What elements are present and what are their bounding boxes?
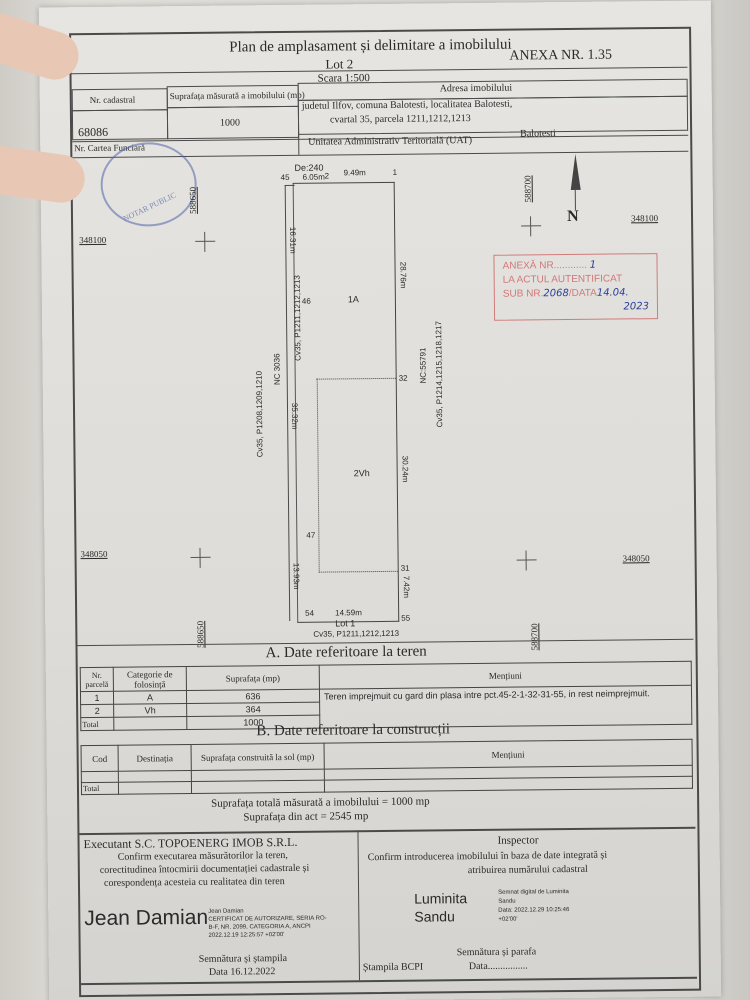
length-right-lower: 7.42m <box>402 576 411 598</box>
uat-value: Balotesti <box>520 128 556 139</box>
south-lot-label: Lot 1 <box>335 618 355 628</box>
south-neighbor: Cv35, P1211,1212,1213 <box>313 629 399 639</box>
west-neighbor-nc: NC 3036 <box>272 353 281 385</box>
anexa-label: ANEXA NR. 1.35 <box>509 48 612 65</box>
zone-1a-label: 1A <box>348 294 359 304</box>
executant-signature: Jean Damian <box>84 906 208 931</box>
coord-x-top-right: 588700 <box>523 175 533 202</box>
west-neighbor: Cv35, P1208,1209,1210 <box>255 371 265 457</box>
inspector-date: Data................ <box>469 960 528 972</box>
grid-cross <box>517 550 537 570</box>
authentication-stamp: ANEXĂ NR............ 1 LA ACTUL AUTENTIF… <box>493 253 658 321</box>
grid-cross <box>195 232 215 252</box>
point-45: 45 <box>281 173 290 182</box>
coord-y-upper-right: 348100 <box>631 213 658 223</box>
east-neighbor: Cv35, P1214,1215,1218,1217 <box>434 321 444 427</box>
de-label: De:240 <box>294 163 323 173</box>
point-46: 46 <box>302 297 311 306</box>
address-line1: judetul Ilfov, comuna Balotesti, localit… <box>302 99 513 112</box>
address-label: Adresa imobilului <box>440 83 513 95</box>
executant-line2: corectitudinea întocmirii documentației … <box>100 863 309 876</box>
executant-line3: corespondența acesteia cu realitatea din… <box>104 876 285 889</box>
inspector-title: Inspector <box>497 834 538 846</box>
executant-date: Data 16.12.2022 <box>209 966 276 978</box>
cadastral-label: Nr. cadastral <box>90 95 136 105</box>
coord-y-lower-left: 348050 <box>80 549 107 559</box>
total-measured-surface: Suprafața totală măsurată a imobilului =… <box>211 795 430 809</box>
executant-line1: Confirm executarea măsurătorilor la tere… <box>118 850 288 863</box>
length-top-right: 9.49m <box>344 168 366 177</box>
inspector-line2: atribuirea numărului cadastral <box>468 864 588 876</box>
cadastral-value: 68086 <box>78 125 108 140</box>
length-left-mid: 35.32m <box>290 403 299 430</box>
grid-cross <box>190 548 210 568</box>
grid-cross <box>521 216 541 236</box>
point-1: 1 <box>393 168 398 177</box>
length-top-left: 6.05m <box>303 173 325 182</box>
coord-y-upper-left: 348100 <box>79 235 106 245</box>
executant-digital-cert: Jean Damian CERTIFICAT DE AUTORIZARE, SE… <box>208 907 327 940</box>
length-right-mid: 30.24m <box>401 456 410 483</box>
length-left-lower: 13.93m <box>292 563 301 590</box>
section-a-title: A. Date referitoare la teren <box>265 644 426 663</box>
surface-label: Suprafața măsurată a imobilului (mp) <box>170 90 305 101</box>
point-54: 54 <box>305 609 314 618</box>
land-data-table: Nr. parcelă Categorie de folosință Supra… <box>80 661 693 731</box>
north-label: N <box>567 208 579 226</box>
surface-value: 1000 <box>220 117 240 128</box>
executant-sign-label: Semnătura și ștampila <box>199 953 287 965</box>
east-neighbor-nc: NC:55791 <box>418 347 427 383</box>
construction-data-table: Cod Destinația Suprafața construită la s… <box>81 739 693 795</box>
uat-label: Unitatea Administrativ Teritorială (UAT) <box>308 135 472 148</box>
coord-y-lower-right: 348050 <box>623 553 650 563</box>
length-left-upper: 16.31m <box>288 227 297 254</box>
length-bottom: 14.59m <box>335 608 362 617</box>
point-32: 32 <box>399 374 408 383</box>
point-55: 55 <box>401 614 410 623</box>
coord-x-bottom-right: 588700 <box>529 623 539 650</box>
inspector-sign-label: Semnătura și parafa <box>457 946 537 958</box>
point-31: 31 <box>401 564 410 573</box>
cadastral-plan-document: Plan de amplasament și delimitare a imob… <box>39 1 721 1000</box>
bcpi-stamp-label: Ștampila BCPI <box>363 962 423 974</box>
inspector-digital-signature: Semnat digital de Luminita Sandu Data: 2… <box>498 888 569 925</box>
section-b-title: B. Date referitoare la construcții <box>256 721 450 740</box>
act-surface: Suprafața din act = 2545 mp <box>243 810 368 823</box>
coord-x-top-left: 588650 <box>188 187 198 214</box>
address-line2: cvartal 35, parcela 1211,1212,1213 <box>330 113 471 125</box>
strip-neighbor: Cv35, P1211,1212,1213 <box>293 275 303 361</box>
point-2: 2 <box>325 172 330 181</box>
inspector-signature: Luminita Sandu <box>414 889 467 926</box>
zone-2vh-label: 2Vh <box>354 468 370 478</box>
length-right-upper: 28.76m <box>398 262 407 289</box>
point-47: 47 <box>306 531 315 540</box>
document-title: Plan de amplasament și delimitare a imob… <box>229 37 512 57</box>
north-arrow-icon <box>570 154 580 190</box>
